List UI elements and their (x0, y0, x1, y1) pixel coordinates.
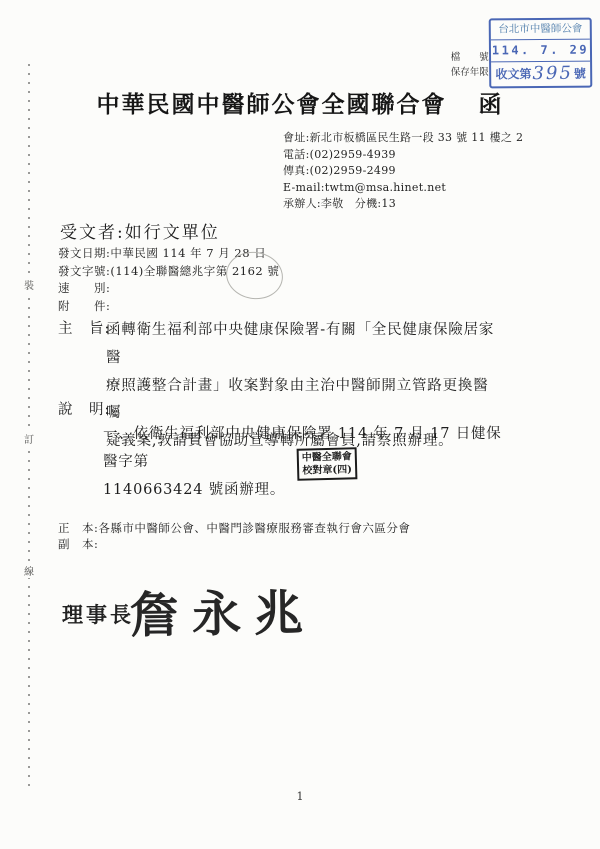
scanned-official-letter: { "colors": { "stamp_blue": "#4a67b5", "… (0, 0, 600, 849)
received-stamp-date: 114. 7. 29 (491, 40, 590, 63)
contact-email: E-mail:twtm@msa.hinet.net (283, 180, 523, 197)
contact-handler: 承辦人:李敬 分機:13 (283, 196, 523, 213)
attachment-line: 附 件: (58, 298, 279, 316)
received-stamp-org: 台北市中醫師公會 (491, 20, 590, 41)
chairman-signature: 詹永兆 (130, 575, 317, 648)
receipt-suffix: 號 (574, 62, 586, 87)
binding-mark-ding: 訂 (21, 431, 37, 446)
document-type: 函 (479, 86, 504, 119)
proofread-stamp-line-2: 校對章(四) (302, 463, 352, 477)
receipt-number-handwritten: 395 (532, 61, 573, 86)
page-number: 1 (0, 790, 600, 803)
retention-period-label: 保存年限: (451, 65, 492, 80)
organization-title: 中華民國中醫師公會全國聯合會 (97, 86, 447, 119)
binding-dotted-line (28, 64, 30, 792)
proofread-stamp-line-1: 中醫全聯會 (302, 450, 352, 464)
contact-address: 會址:新北市板橋區民生路一段 33 號 11 樓之 2 (283, 130, 523, 147)
receipt-prefix: 收文第 (495, 62, 531, 87)
file-number-label: 檔 號: (451, 50, 492, 65)
received-stamp: 台北市中醫師公會 114. 7. 29 收文第 395 號 (489, 18, 593, 89)
contact-fax: 傳真:(02)2959-2499 (283, 163, 523, 180)
binding-mark-zhuang: 裝 (21, 277, 37, 292)
proofread-stamp: 中醫全聯會 校對章(四) (297, 447, 358, 481)
subject-line-1: 函轉衛生福利部中央健康保險署-有關「全民健康保險居家醫 (106, 317, 501, 373)
cc-copy-line: 副 本: (58, 536, 410, 552)
subject-label: 主 旨: (58, 317, 110, 338)
original-copy-line: 正 本:各縣市中醫師公會、中醫門診醫療服務審查執行會六區分會 (58, 520, 410, 536)
copies-block: 正 本:各縣市中醫師公會、中醫門診醫療服務審查執行會六區分會 副 本: (58, 520, 410, 552)
contact-phone: 電話:(02)2959-4939 (283, 147, 523, 164)
recipient-line: 受文者:如行文單位 (60, 218, 220, 243)
contact-block: 會址:新北市板橋區民生路一段 33 號 11 樓之 2 電話:(02)2959-… (283, 130, 523, 213)
chairman-title: 理事長 (62, 599, 134, 629)
document-title-row: 中華民國中醫師公會全國聯合會 函 (0, 86, 600, 119)
received-stamp-number-row: 收文第 395 號 (491, 62, 590, 88)
description-label: 說 明: (58, 398, 110, 419)
file-number-labels: 檔 號: 保存年限: (451, 50, 492, 80)
binding-mark-xian: 線 (21, 563, 37, 578)
